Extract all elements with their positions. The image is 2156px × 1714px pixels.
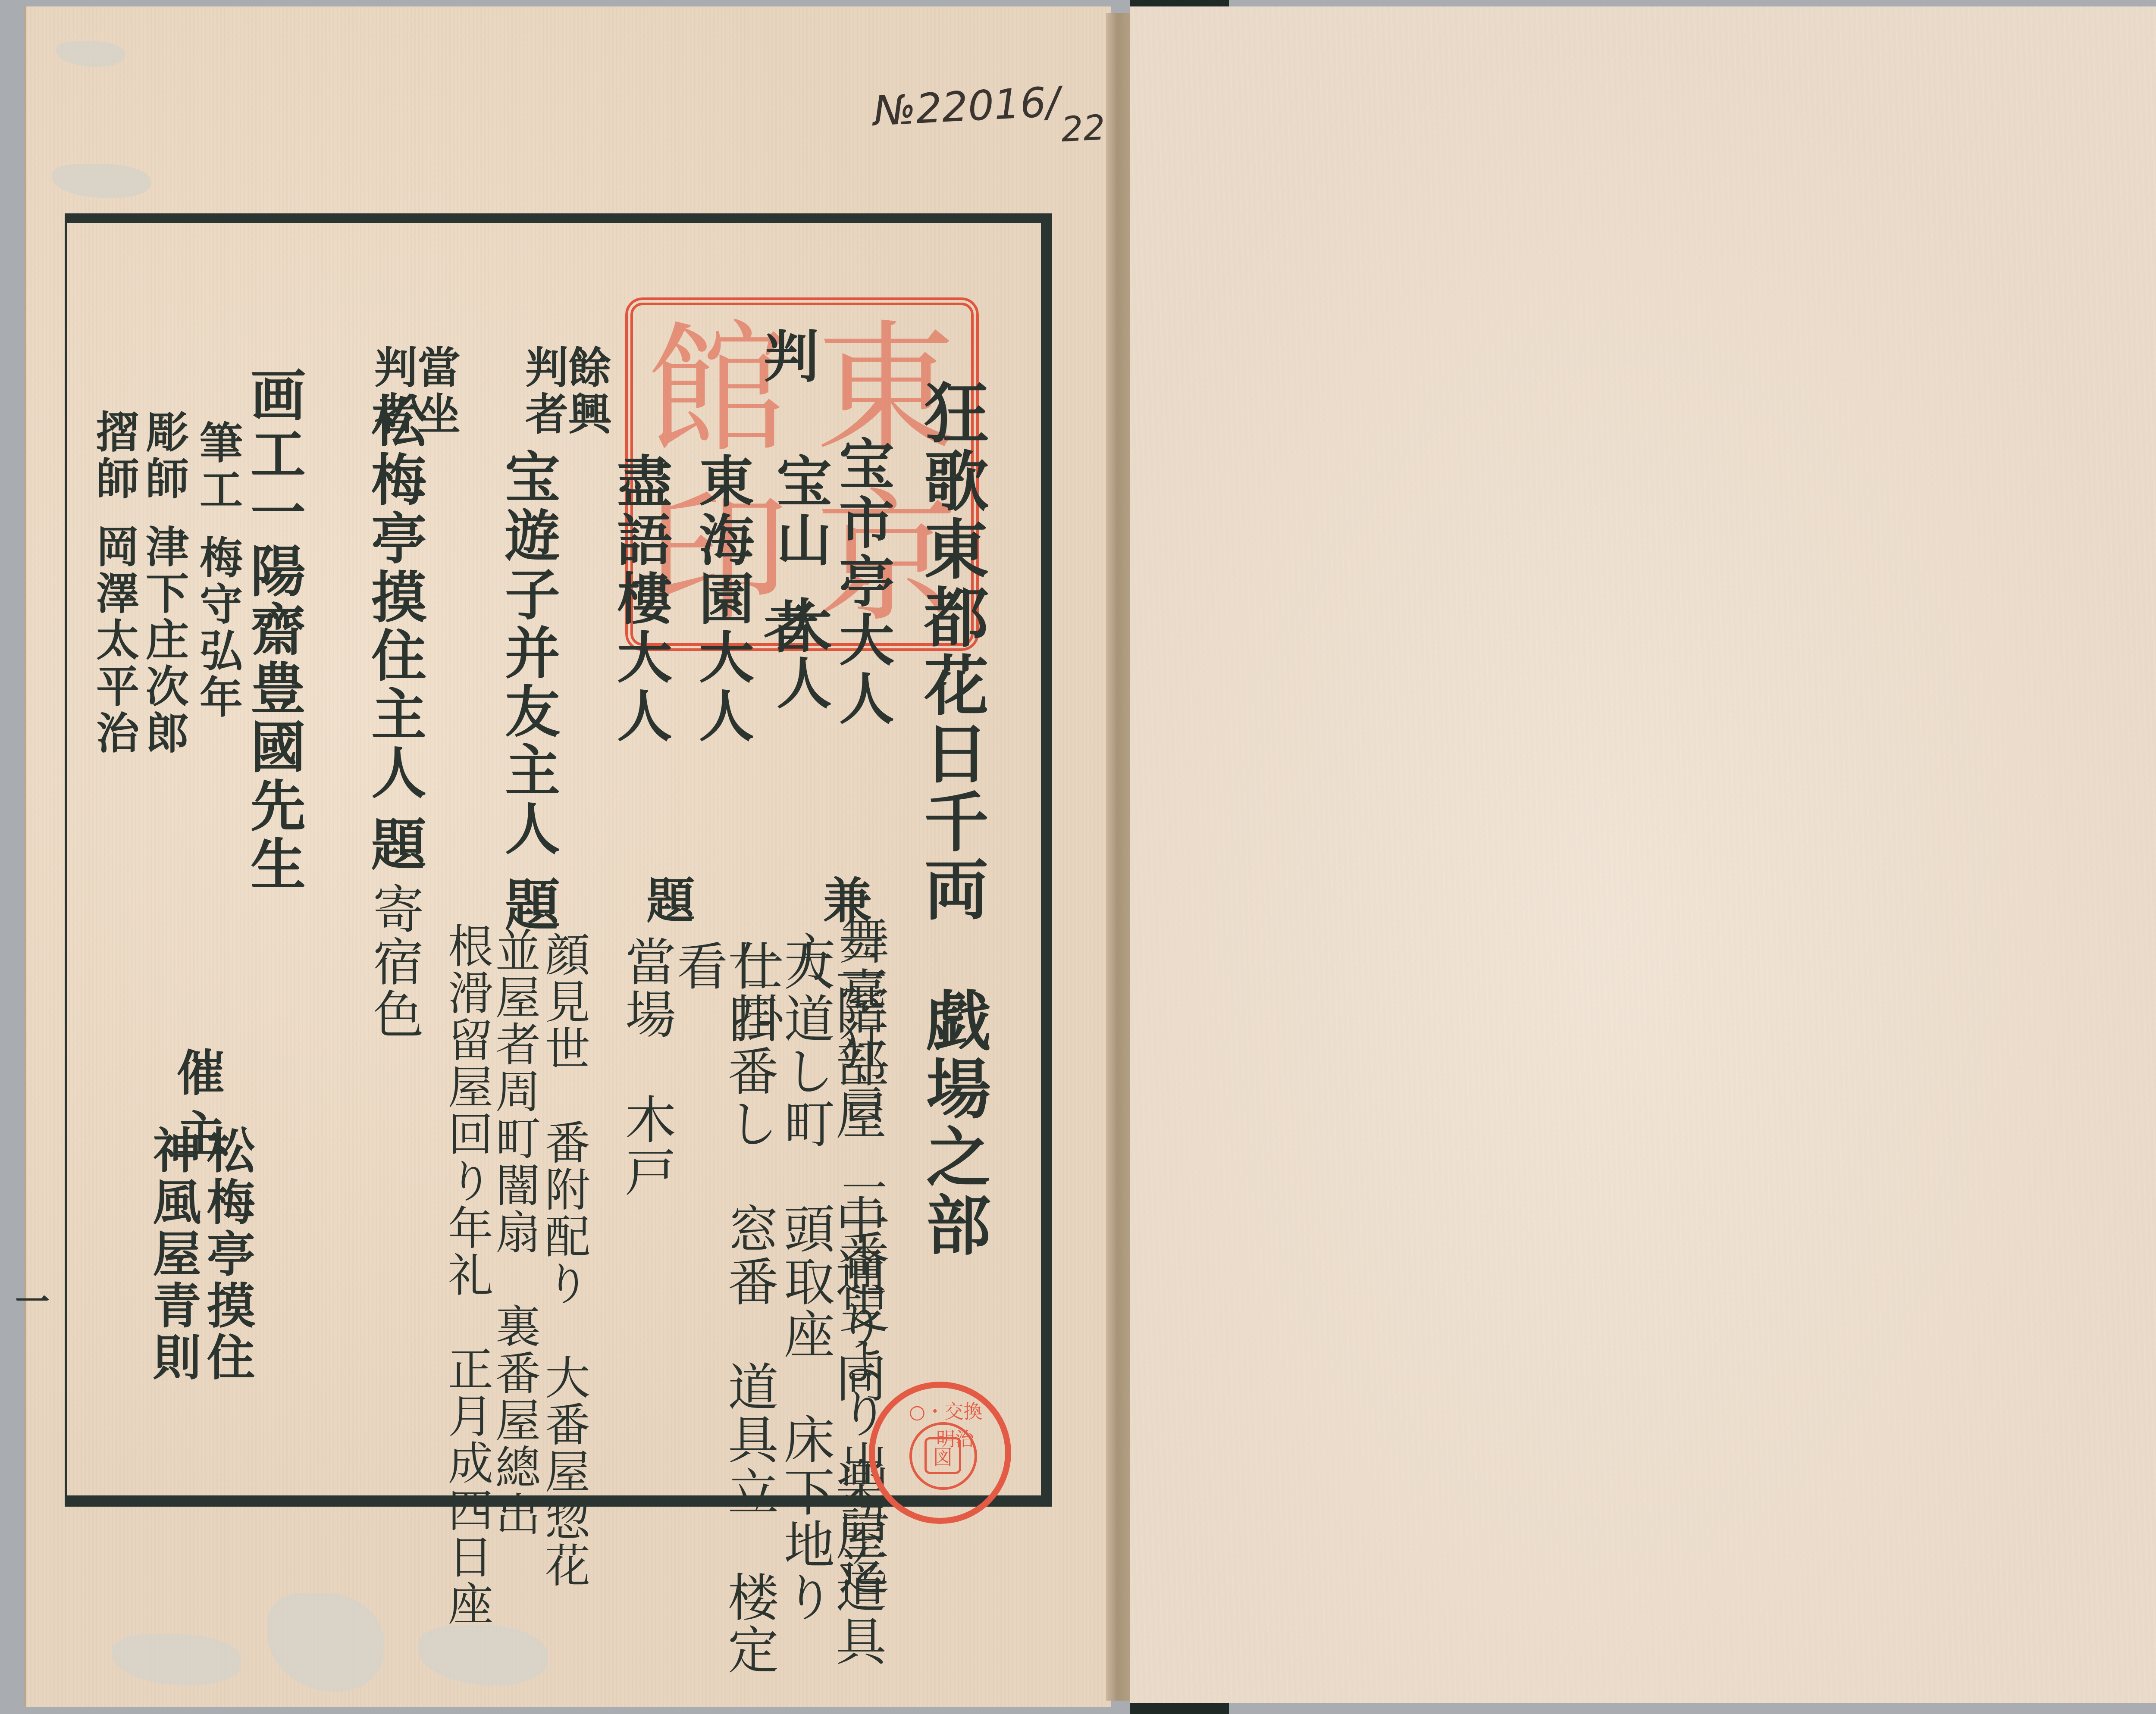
topics-label-2: 題 <box>642 875 691 927</box>
book-title: 狂歌東都花日千両 <box>918 379 983 924</box>
artist-credit: 画工一陽齋豊國先生 <box>246 366 301 894</box>
credit-label: 摺師 <box>89 410 140 503</box>
credit-name: 一陽齋豊國先生 <box>241 484 306 894</box>
calligrapher-credit: 筆工梅守弘年 <box>196 420 239 721</box>
extra-topic-line: 根滑留屋回り年礼 正月成四日座 <box>444 923 489 1627</box>
extra-topic-line: 顔見世 番附配り 大番屋惣花 <box>541 931 586 1589</box>
page-number: 一 <box>15 1274 50 1323</box>
judge-name: 宝山 <box>767 453 832 570</box>
judge-suffix: 大人 <box>830 611 894 729</box>
judge-suffix: 大人 <box>772 596 827 713</box>
topic-line: 廿四番し 窓番 道具立 楼定看 <box>673 940 774 1714</box>
judge-name: 宝市亭 <box>830 435 894 611</box>
judge-suffix: 大人 <box>689 629 754 746</box>
extra-judge-label: 餘興判者 <box>496 345 608 457</box>
extra-topic-line: 並屋者周町闇扇 裏番屋總出 <box>492 927 537 1538</box>
extra-judge-name: 宝遊子并友主人題 <box>500 448 555 935</box>
judge-1: 宝市亭大人 <box>834 435 890 729</box>
spine-cord-bottom <box>1130 1703 1229 1714</box>
inventory-denominator: 22 <box>1060 107 1106 150</box>
section-title: 戯場之部 <box>921 987 985 1260</box>
judge-name: 盡語樓 <box>608 453 672 629</box>
topic-marker: 題 <box>367 816 422 874</box>
credit-label: 画工 <box>241 366 306 484</box>
right-page-blank <box>1130 6 2156 1703</box>
sponsor-1: 松梅亭摸住 <box>203 1125 251 1384</box>
printer-credit: 摺師岡澤太平治 <box>93 410 136 757</box>
seal-arc-text: ○・交換・明治 <box>905 1396 1005 1451</box>
sponsor-2: 神風屋青則 <box>149 1125 197 1384</box>
judge-3: 東海園大人 <box>694 453 749 746</box>
credit-name: 津下庄次郎 <box>142 524 185 757</box>
judge-suffix: 大人 <box>608 629 672 746</box>
inventory-number: №22016 <box>872 79 1047 135</box>
credit-label: 彫師 <box>138 410 189 503</box>
judge-name: 東海園 <box>689 453 754 629</box>
credit-name: 岡澤太平治 <box>93 524 136 757</box>
topic-line: 當場 木戸 <box>621 935 672 1198</box>
round-exchange-seal: 図 ○・交換・明治 <box>869 1382 1011 1524</box>
current-judge-name: 松梅亭摸住主人題寄宿色 <box>367 392 422 1041</box>
topic-text: 寄宿色 <box>369 883 420 1041</box>
credit-label: 筆工 <box>192 420 243 513</box>
judge-4: 盡語樓大人 <box>612 453 667 746</box>
judge-2: 宝山大人 <box>772 453 827 713</box>
topic-marker: 題 <box>500 876 555 935</box>
judge-name: 宝遊子并友主人 <box>495 448 560 859</box>
engraver-credit: 彫師津下庄次郎 <box>142 410 185 757</box>
judge-name: 松梅亭摸住主人 <box>362 392 426 803</box>
credit-name: 梅守弘年 <box>196 535 239 721</box>
